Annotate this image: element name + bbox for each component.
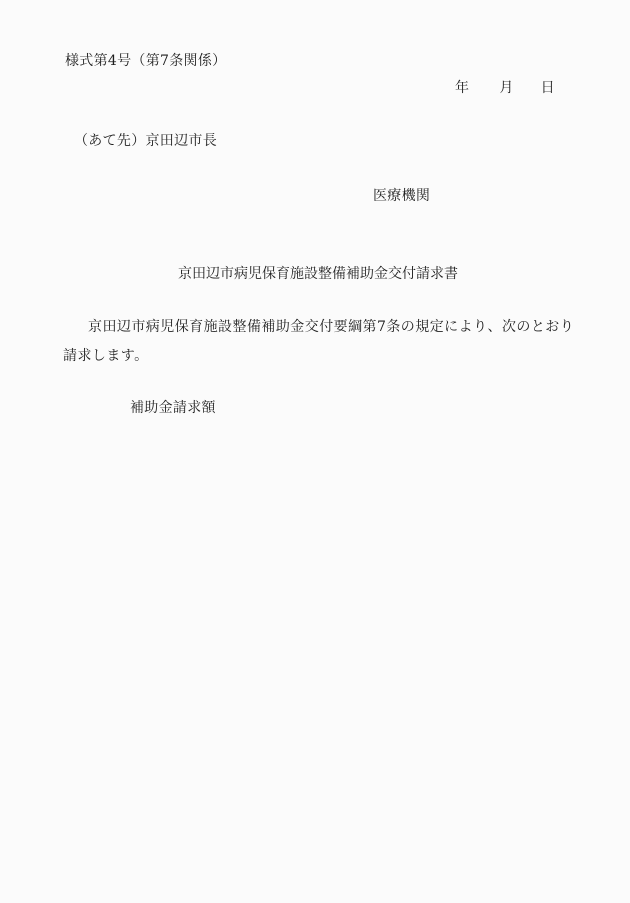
date-day-label: 日 — [541, 80, 555, 96]
document-title: 京田辺市病児保育施設整備補助金交付請求書 — [178, 266, 458, 282]
date-year-label: 年 — [455, 80, 469, 96]
date-line: 年月日 — [455, 80, 555, 96]
date-month-label: 月 — [499, 80, 513, 96]
medical-institution-label: 医療機関 — [373, 188, 430, 204]
body-line-2: 請求します。 — [63, 348, 149, 364]
body-line-1: 京田辺市病児保育施設整備補助金交付要綱第7条の規定により、次のとおり — [88, 319, 574, 335]
amount-label: 補助金請求額 — [130, 400, 216, 416]
addressee-line: （あて先）京田辺市長 — [74, 133, 217, 149]
form-number: 様式第4号（第7条関係） — [65, 53, 226, 69]
document-page: 様式第4号（第7条関係） 年月日 （あて先）京田辺市長 医療機関 京田辺市病児保… — [0, 0, 630, 903]
